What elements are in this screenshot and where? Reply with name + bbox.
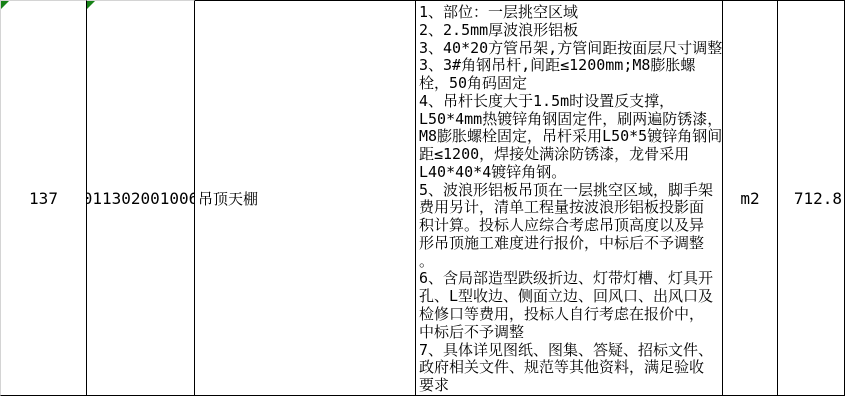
description-line: L50*4mm热镀锌角钢固定件，刷两遍防锈漆，	[419, 111, 722, 129]
description-line: L40*40*4镀锌角钢。	[419, 164, 722, 182]
description-line: 7、具体详见图纸、图集、答疑、招标文件、	[419, 342, 722, 360]
row-number-text: 137	[29, 189, 58, 208]
error-indicator-icon	[87, 1, 95, 9]
description-line: 3、3#角钢吊杆,间距≤1200mm;M8膨胀螺	[419, 57, 722, 75]
item-name-cell[interactable]: 吊顶天棚	[195, 0, 416, 396]
description-line: M8膨胀螺栓固定，吊杆采用L50*5镀锌角钢间	[419, 128, 722, 146]
description-line: 3、40*20方管吊架,方管间距按面层尺寸调整	[419, 40, 722, 58]
description-line: 1、部位：一层挑空区域	[419, 4, 722, 22]
item-description-cell[interactable]: 1、部位：一层挑空区域2、2.5mm厚波浪形铝板3、40*20方管吊架,方管间距…	[416, 0, 723, 396]
description-line: 栓，50角码固定	[419, 75, 722, 93]
item-code-cell[interactable]: 011302001006	[87, 0, 195, 396]
item-description-text: 1、部位：一层挑空区域2、2.5mm厚波浪形铝板3、40*20方管吊架,方管间距…	[419, 4, 722, 395]
description-line: 。	[419, 253, 722, 271]
description-line: 要求	[419, 377, 722, 395]
description-line: 4、吊杆长度大于1.5m时设置反支撑，	[419, 93, 722, 111]
description-line: 2、2.5mm厚波浪形铝板	[419, 22, 722, 40]
item-code-text: 011302001006	[87, 189, 195, 208]
row-number-cell[interactable]: 137	[0, 0, 87, 396]
unit-cell[interactable]: m2	[723, 0, 778, 396]
error-indicator-icon	[1, 1, 9, 9]
description-line: 6、含局部造型跌级折边、灯带灯槽、灯具开	[419, 270, 722, 288]
quantity-cell[interactable]: 712.8	[778, 0, 845, 396]
description-line: 孔、L型收边、侧面立边、回风口、出风口及	[419, 288, 722, 306]
unit-text: m2	[740, 189, 759, 208]
description-line: 费用另计，清单工程量按波浪形铝板投影面	[419, 199, 722, 217]
description-line: 5、波浪形铝板吊顶在一层挑空区域，脚手架	[419, 182, 722, 200]
description-line: 形吊顶施工难度进行报价，中标后不予调整	[419, 235, 722, 253]
description-line: 积计算。投标人应综合考虑吊顶高度以及异	[419, 217, 722, 235]
description-line: 中标后不予调整	[419, 324, 722, 342]
description-line: 检修口等费用，投标人自行考虑在报价中，	[419, 306, 722, 324]
quantity-text: 712.8	[794, 189, 842, 208]
table-row: 137 011302001006 吊顶天棚 1、部位：一层挑空区域2、2.5mm…	[0, 0, 845, 396]
description-line: 距≤1200，焊接处满涂防锈漆，龙骨采用	[419, 146, 722, 164]
description-line: 政府相关文件、规范等其他资料，满足验收	[419, 359, 722, 377]
spreadsheet-table: 137 011302001006 吊顶天棚 1、部位：一层挑空区域2、2.5mm…	[0, 0, 845, 397]
item-name-text: 吊顶天棚	[198, 188, 258, 209]
